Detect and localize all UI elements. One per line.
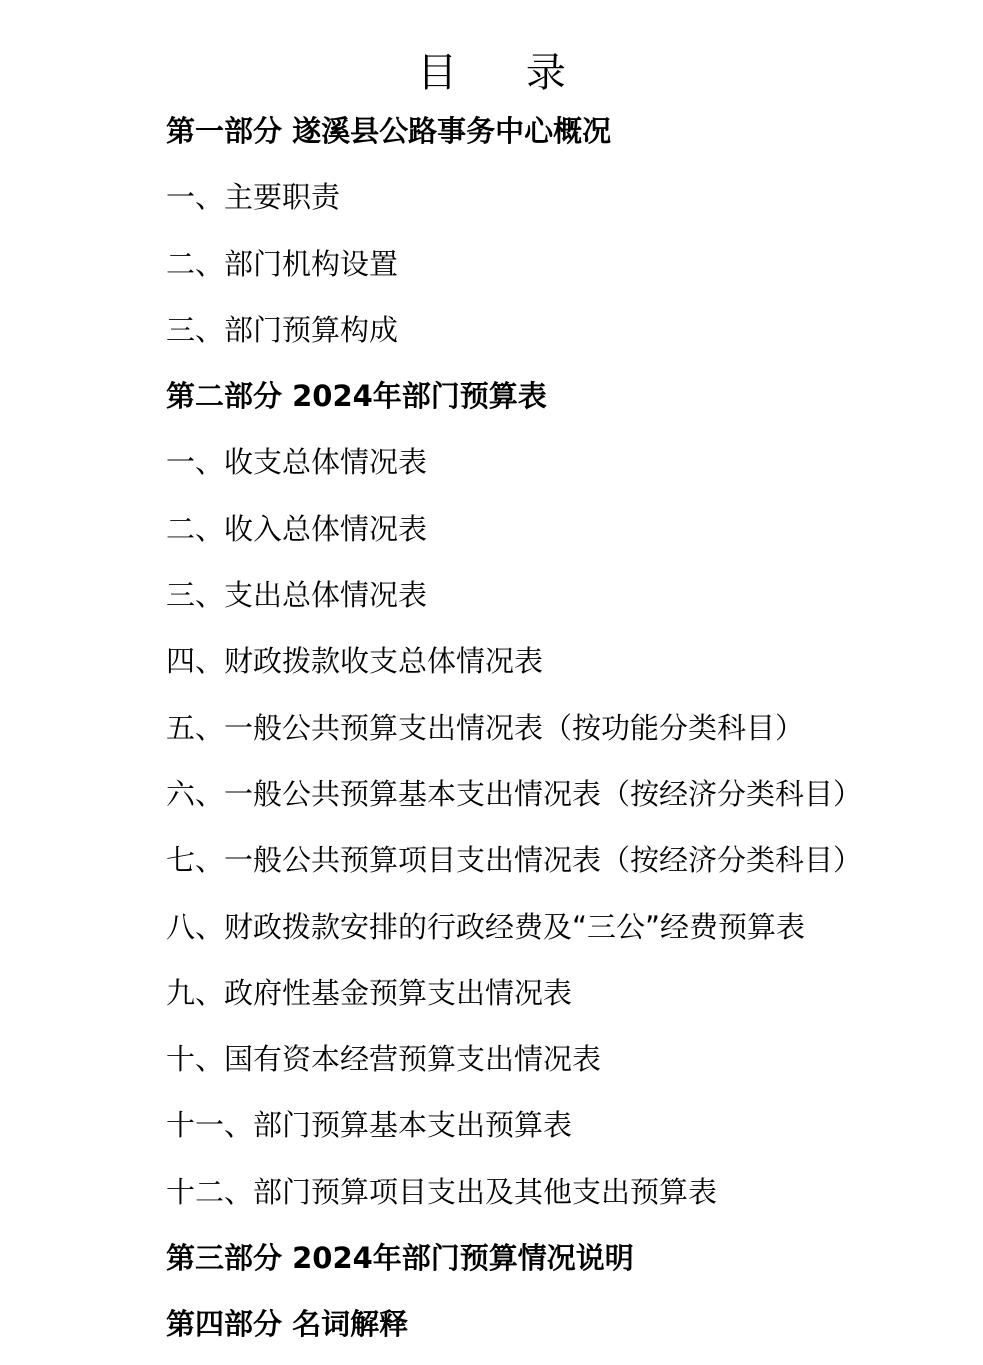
toc-part-2: 第二部分 2024年部门预算表 xyxy=(166,373,862,439)
toc-part-1: 第一部分 遂溪县公路事务中心概况 xyxy=(166,108,862,174)
toc-item: 六、一般公共预算基本支出情况表（按经济分类科目） xyxy=(166,771,862,837)
toc-part-4: 第四部分 名词解释 xyxy=(166,1301,862,1365)
toc-item: 二、收入总体情况表 xyxy=(166,506,862,572)
toc-item: 一、收支总体情况表 xyxy=(166,439,862,505)
toc-item: 五、一般公共预算支出情况表（按功能分类科目） xyxy=(166,705,862,771)
page-title: 目 录 xyxy=(0,45,983,101)
toc-item: 八、财政拨款安排的行政经费及“三公”经费预算表 xyxy=(166,904,862,970)
toc-item: 九、政府性基金预算支出情况表 xyxy=(166,970,862,1036)
toc-item: 七、一般公共预算项目支出情况表（按经济分类科目） xyxy=(166,837,862,903)
toc-item: 一、主要职责 xyxy=(166,174,862,240)
toc-part-3: 第三部分 2024年部门预算情况说明 xyxy=(166,1235,862,1301)
toc-item: 十二、部门预算项目支出及其他支出预算表 xyxy=(166,1169,862,1235)
toc-item: 十、国有资本经营预算支出情况表 xyxy=(166,1036,862,1102)
table-of-contents: 第一部分 遂溪县公路事务中心概况 一、主要职责 二、部门机构设置 三、部门预算构… xyxy=(166,108,862,1365)
toc-item: 四、财政拨款收支总体情况表 xyxy=(166,638,862,704)
toc-item: 十一、部门预算基本支出预算表 xyxy=(166,1102,862,1168)
toc-item: 三、部门预算构成 xyxy=(166,307,862,373)
toc-item: 三、支出总体情况表 xyxy=(166,572,862,638)
toc-item: 二、部门机构设置 xyxy=(166,241,862,307)
